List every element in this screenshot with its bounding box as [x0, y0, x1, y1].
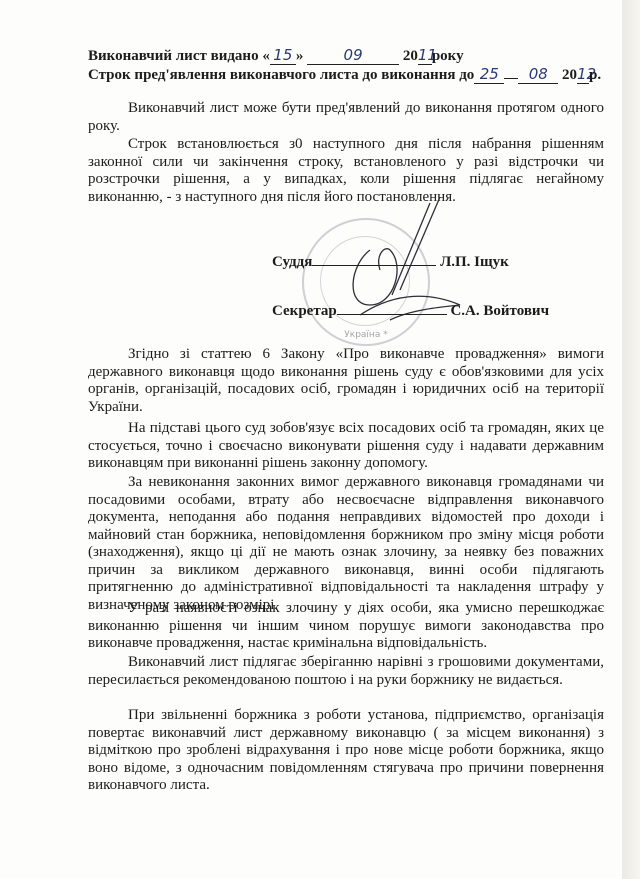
deadline-day: 25	[474, 65, 504, 84]
issued-suffix: року	[432, 48, 464, 64]
seal-text: Україна *	[304, 330, 428, 340]
court-seal: Україна *	[302, 218, 430, 346]
deadline-year-suffix: 12	[577, 65, 589, 84]
deadline-year-prefix: 20	[562, 67, 577, 83]
deadline-date-line: Строк пред'явлення виконавчого листа до …	[88, 65, 608, 84]
deadline-suffix: р.	[589, 67, 601, 83]
judge-signature-line: Суддя Л.П. Іщук	[272, 254, 509, 271]
term-paragraph: Строк встановлюється з0 наступного дня п…	[88, 136, 604, 206]
storage-paragraph: Виконавчий лист підлягає зберіганню нарі…	[88, 654, 604, 689]
judge-name: Л.П. Іщук	[440, 254, 509, 270]
issuance-header: Виконавчий лист видано «15» 09 2011року …	[88, 46, 608, 84]
judge-label: Суддя	[272, 254, 312, 270]
obligation-paragraph: На підставі цього суд зобов'язує всіх по…	[88, 420, 604, 473]
liability-paragraph: За невиконання законних вимог державного…	[88, 474, 604, 614]
issued-year-prefix: 20	[403, 48, 418, 64]
deadline-prefix: Строк пред'явлення виконавчого листа до …	[88, 67, 474, 83]
scan-edge	[622, 0, 640, 879]
issued-month: 09	[307, 46, 399, 65]
secretary-label: Секретар	[272, 303, 337, 319]
deadline-gap	[504, 78, 518, 79]
issued-year-suffix: 11	[418, 46, 432, 65]
validity-paragraph: Виконавчий лист може бути пред'явлений д…	[88, 100, 604, 135]
secretary-rule	[337, 314, 447, 315]
criminal-liability-paragraph: У разі наявності ознак злочину у діях ос…	[88, 600, 604, 653]
judge-rule	[312, 265, 436, 266]
secretary-signature-line: Секретар С.А. Войтович	[272, 303, 549, 320]
issued-mid: »	[296, 48, 304, 64]
law-article-paragraph: Згідно зі статтею 6 Закону «Про виконавч…	[88, 346, 604, 416]
dismissal-paragraph: При звільненні боржника з роботи установ…	[88, 707, 604, 795]
deadline-month: 08	[518, 65, 558, 84]
issued-date-line: Виконавчий лист видано «15» 09 2011року	[88, 46, 608, 65]
issued-day: 15	[270, 46, 296, 65]
issued-prefix: Виконавчий лист видано «	[88, 48, 270, 64]
secretary-name: С.А. Войтович	[450, 303, 549, 319]
